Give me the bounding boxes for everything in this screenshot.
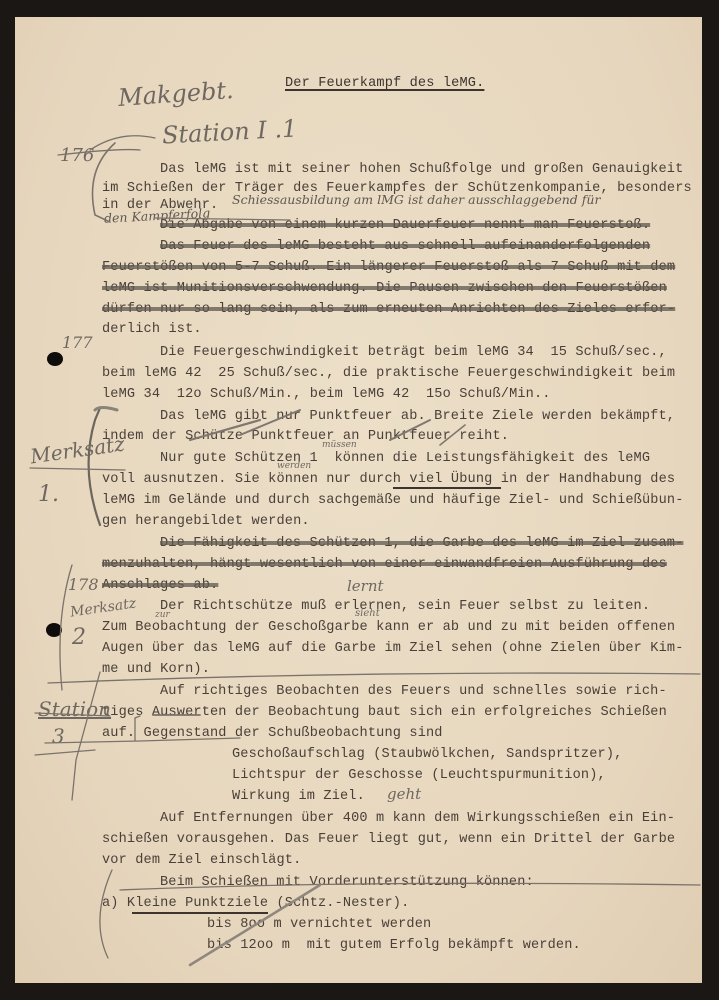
pencil-marks xyxy=(0,0,719,1000)
